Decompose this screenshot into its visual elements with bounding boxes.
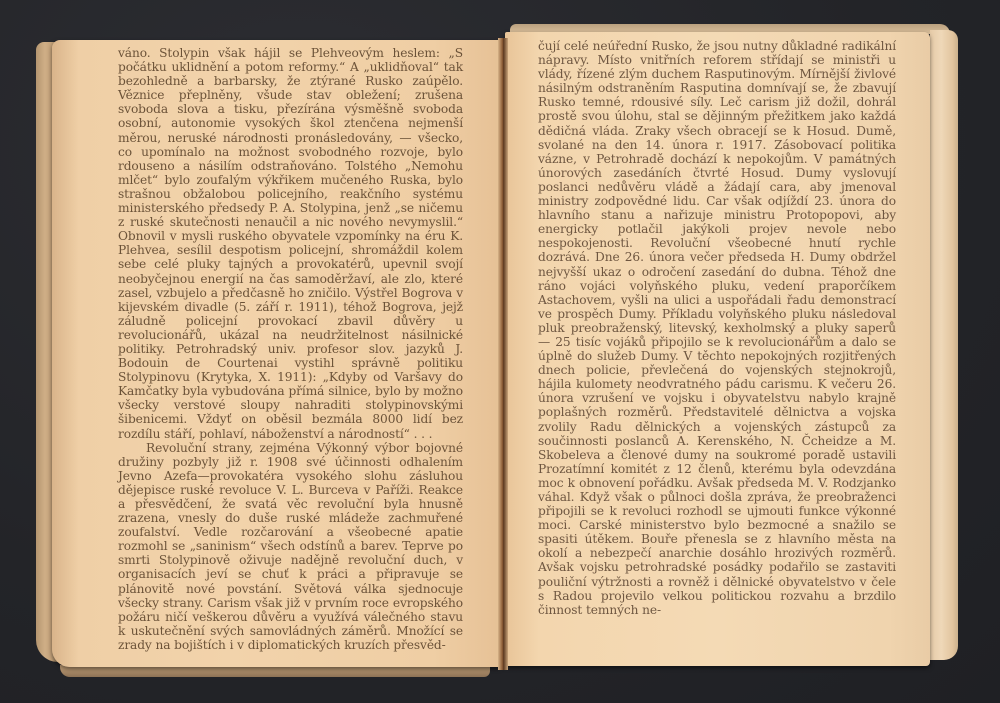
right-page-stack-edge: [930, 30, 958, 660]
left-page-text: váno. Stolypin však hájil se Plehveovým …: [118, 46, 463, 652]
left-paragraph-2: Revoluční strany, zejména Výkonný výbor …: [118, 441, 463, 652]
book-gutter: [498, 38, 508, 670]
left-paragraph-1: váno. Stolypin však hájil se Plehveovým …: [118, 46, 463, 441]
right-paragraph-1: čují celé neúřední Rusko, že jsou nutny …: [538, 39, 896, 617]
right-page-text: čují celé neúřední Rusko, že jsou nutny …: [538, 39, 896, 617]
